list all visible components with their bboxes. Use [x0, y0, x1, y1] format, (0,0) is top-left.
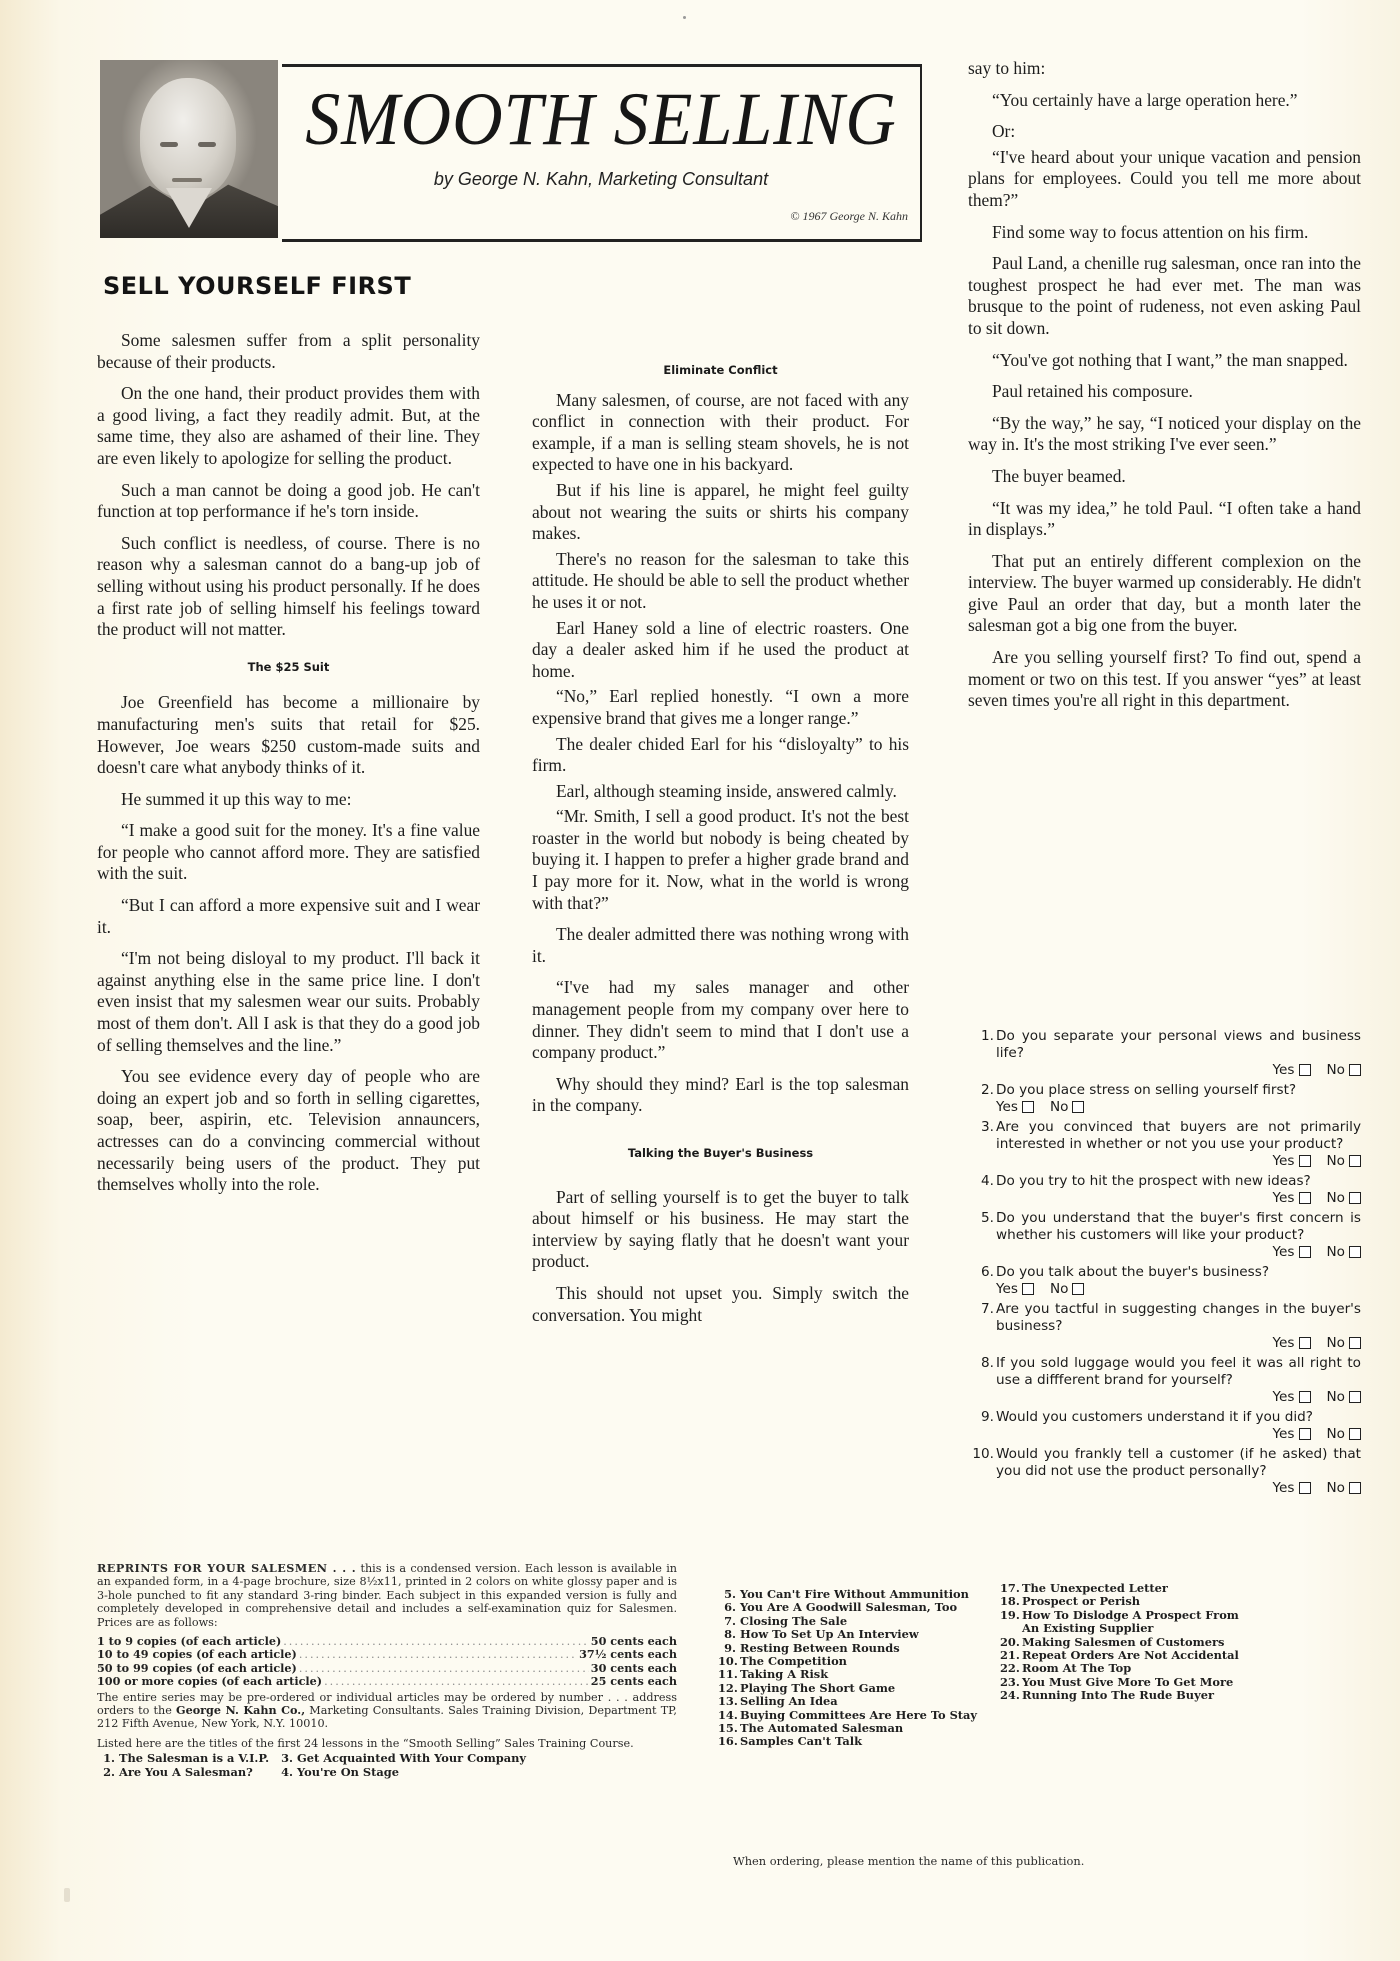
paragraph: Are you selling yourself first? To find … [968, 647, 1361, 712]
lesson-number: 2. [97, 1766, 115, 1779]
lesson-title: Selling An Idea [740, 1694, 838, 1708]
lesson-title: You Are A Goodwill Salesman, Too [740, 1600, 957, 1614]
yes-option[interactable]: Yes [1273, 1244, 1311, 1261]
question-text: Do you place stress on selling yourself … [996, 1082, 1296, 1098]
lesson-item: 6.You Are A Goodwill Salesman, Too [718, 1601, 988, 1614]
subheading-talking-buyers-business: Talking the Buyer's Business [532, 1143, 909, 1165]
lesson-number: 12. [718, 1682, 736, 1695]
lesson-title: How To Dislodge A Prospect From An Exist… [1022, 1608, 1239, 1635]
price-value: 25 cents each [591, 1675, 677, 1688]
article-column-3: say to him: “You certainly have a large … [968, 58, 1361, 722]
self-test-quiz: 1.Do you separate your personal views an… [968, 1028, 1361, 1500]
question-text: Do you understand that the buyer's first… [996, 1210, 1361, 1243]
paragraph: The dealer admitted there was noth­ing w… [532, 924, 909, 967]
lesson-number: 7. [718, 1615, 736, 1628]
price-row: 100 or more copies (of each article)25 c… [97, 1675, 677, 1688]
question-text: Do you separate your personal views and … [996, 1028, 1361, 1061]
yes-checkbox[interactable] [1022, 1101, 1034, 1113]
lesson-title: Are You A Salesman? [119, 1765, 253, 1779]
lesson-title: You Can't Fire Without Ammunition [740, 1587, 969, 1601]
lesson-title: How To Set Up An Interview [740, 1627, 919, 1641]
paragraph: “By the way,” he say, “I noticed your di… [968, 413, 1361, 456]
lesson-item: 13.Selling An Idea [718, 1695, 988, 1708]
lesson-number: 11. [718, 1668, 736, 1681]
lesson-number: 23. [1000, 1676, 1018, 1689]
paragraph: Earl, although steaming inside, an­swere… [532, 781, 909, 803]
price-quantity: 10 to 49 copies (of each article) [97, 1648, 297, 1661]
lesson-title: Prospect or Perish [1022, 1594, 1140, 1608]
question-text: Would you frankly tell a customer (if he… [996, 1446, 1361, 1479]
paragraph: Paul retained his composure. [968, 381, 1361, 403]
lesson-number: 21. [1000, 1649, 1018, 1662]
subheading-25-suit: The $25 Suit [97, 657, 480, 679]
paragraph: Such conflict is needless, of course. Th… [97, 533, 480, 641]
no-checkbox[interactable] [1349, 1155, 1361, 1167]
no-label: No [1327, 1389, 1346, 1405]
no-label: No [1327, 1153, 1346, 1169]
paragraph: “You've got nothing that I want,” the ma… [968, 350, 1361, 372]
lesson-item: 14.Buying Committees Are Here To Stay [718, 1709, 988, 1722]
no-label: No [1327, 1244, 1346, 1260]
paragraph: Part of selling yourself is to get the b… [532, 1187, 909, 1273]
article-column-2: Eliminate Conflict Many salesmen, of cou… [532, 360, 909, 1336]
lesson-title: Playing The Short Game [740, 1681, 895, 1695]
answer-options: YesNo [996, 1099, 1361, 1116]
lesson-item: 20.Making Salesmen of Customers [1000, 1636, 1240, 1649]
lesson-number: 9. [718, 1642, 736, 1655]
yes-label: Yes [1273, 1426, 1295, 1442]
lesson-number: 3. [275, 1752, 293, 1765]
paragraph: “You certainly have a large opera­tion h… [968, 90, 1361, 112]
answer-options: YesNo [996, 1190, 1361, 1207]
yes-label: Yes [996, 1281, 1018, 1297]
lesson-item: 18.Prospect or Perish [1000, 1595, 1240, 1608]
no-checkbox[interactable] [1349, 1391, 1361, 1403]
paragraph: He summed it up this way to me: [97, 789, 480, 811]
answer-options: YesNo [996, 1281, 1361, 1298]
lesson-title: Room At The Top [1022, 1661, 1131, 1675]
leader-dots [299, 1648, 577, 1661]
portrait-eye [198, 142, 216, 147]
yes-checkbox[interactable] [1299, 1428, 1311, 1440]
lesson-title: Making Salesmen of Customers [1022, 1635, 1224, 1649]
lesson-number: 13. [718, 1695, 736, 1708]
question-number: 5. [968, 1210, 994, 1227]
lesson-title: The Competition [740, 1654, 847, 1668]
price-value: 37½ cents each [579, 1648, 677, 1661]
lesson-item: 7.Closing The Sale [718, 1615, 988, 1628]
question-text: Are you tactful in suggesting changes in… [996, 1301, 1361, 1334]
price-value: 50 cents each [591, 1635, 677, 1648]
lesson-title: The Salesman is a V.I.P. [119, 1751, 269, 1765]
reprints-section: REPRINTS FOR YOUR SALESMEN . . . this is… [97, 1562, 677, 1779]
answer-options: YesNo [996, 1062, 1361, 1079]
lesson-number: 19. [1000, 1609, 1018, 1622]
no-option[interactable]: No [1327, 1244, 1362, 1261]
lesson-number: 10. [718, 1655, 736, 1668]
paragraph: This should not upset you. Simply switch… [532, 1283, 909, 1326]
yes-checkbox[interactable] [1299, 1155, 1311, 1167]
yes-label: Yes [1273, 1153, 1295, 1169]
no-label: No [1327, 1480, 1346, 1496]
yes-label: Yes [1273, 1389, 1295, 1405]
no-checkbox[interactable] [1349, 1192, 1361, 1204]
no-label: No [1327, 1062, 1346, 1078]
price-row: 50 to 99 copies (of each article)30 cent… [97, 1662, 677, 1675]
yes-checkbox[interactable] [1299, 1192, 1311, 1204]
answer-options: YesNo [996, 1244, 1361, 1261]
portrait-mouth [172, 178, 202, 182]
no-option[interactable]: No [1327, 1389, 1362, 1406]
price-quantity: 100 or more copies (of each article) [97, 1675, 322, 1688]
quiz-question: 9.Would you customers understand it if y… [968, 1409, 1361, 1443]
yes-option[interactable]: Yes [1273, 1062, 1311, 1079]
yes-checkbox[interactable] [1299, 1391, 1311, 1403]
lessons-list-5-16: 5.You Can't Fire Without Ammunition6.You… [718, 1588, 988, 1749]
question-number: 9. [968, 1409, 994, 1426]
print-speck [683, 16, 686, 19]
yes-label: Yes [1273, 1190, 1295, 1206]
yes-checkbox[interactable] [1299, 1064, 1311, 1076]
paragraph: “I'm not being disloyal to my prod­uct. … [97, 948, 480, 1056]
lesson-number: 16. [718, 1735, 736, 1748]
lesson-number: 5. [718, 1588, 736, 1601]
lesson-title: Closing The Sale [740, 1614, 847, 1628]
lesson-item: 4.You're On Stage [275, 1766, 677, 1779]
leader-dots [324, 1675, 589, 1688]
copyright-notice: © 1967 George N. Kahn [790, 209, 908, 224]
lesson-number: 24. [1000, 1689, 1018, 1702]
no-checkbox[interactable] [1072, 1101, 1084, 1113]
price-list: 1 to 9 copies (of each article)50 cents … [97, 1635, 677, 1689]
no-option[interactable]: No [1050, 1281, 1085, 1298]
paragraph: Earl Haney sold a line of electric roast… [532, 618, 909, 683]
quiz-question: 4.Do you try to hit the prospect with ne… [968, 1173, 1361, 1207]
no-checkbox[interactable] [1072, 1283, 1084, 1295]
no-label: No [1327, 1190, 1346, 1206]
paragraph: “I've heard about your unique vaca­tion … [968, 147, 1361, 212]
question-number: 3. [968, 1119, 994, 1136]
question-number: 6. [968, 1264, 994, 1281]
yes-option[interactable]: Yes [1273, 1190, 1311, 1207]
question-number: 10. [968, 1446, 994, 1463]
yes-label: Yes [1273, 1480, 1295, 1496]
quiz-question: 1.Do you separate your personal views an… [968, 1028, 1361, 1079]
lesson-item: 12.Playing The Short Game [718, 1682, 988, 1695]
lesson-item: 19.How To Dislodge A Prospect From An Ex… [1000, 1609, 1240, 1636]
no-option[interactable]: No [1327, 1426, 1362, 1443]
no-option[interactable]: No [1327, 1335, 1362, 1352]
yes-option[interactable]: Yes [996, 1099, 1034, 1116]
answer-options: YesNo [996, 1335, 1361, 1352]
paragraph: Some salesmen suffer from a split person… [97, 330, 480, 373]
no-checkbox[interactable] [1349, 1428, 1361, 1440]
paragraph: “No,” Earl replied honestly. “I own a mo… [532, 686, 909, 729]
lesson-title: Repeat Orders Are Not Accidental [1022, 1648, 1239, 1662]
paragraph: Joe Greenfield has become a mil­lionaire… [97, 692, 480, 778]
yes-label: Yes [996, 1099, 1018, 1115]
yes-checkbox[interactable] [1299, 1337, 1311, 1349]
question-number: 1. [968, 1028, 994, 1045]
question-number: 4. [968, 1173, 994, 1190]
lesson-item: 9.Resting Between Rounds [718, 1642, 988, 1655]
no-checkbox[interactable] [1349, 1064, 1361, 1076]
lesson-title: Running Into The Rude Buyer [1022, 1688, 1214, 1702]
leader-dots [299, 1662, 589, 1675]
lesson-number: 4. [275, 1766, 293, 1779]
order-company: George N. Kahn Co., [176, 1703, 305, 1717]
paragraph: You see evidence every day of people who… [97, 1066, 480, 1196]
paragraph: Find some way to focus attention on his … [968, 222, 1361, 244]
lesson-title: Resting Between Rounds [740, 1641, 900, 1655]
no-label: No [1050, 1099, 1069, 1115]
yes-label: Yes [1273, 1062, 1295, 1078]
lesson-title: Taking A Risk [740, 1667, 828, 1681]
paragraph: Such a man cannot be doing a good job. H… [97, 480, 480, 523]
lesson-title: Buying Committees Are Here To Stay [740, 1708, 977, 1722]
price-quantity: 1 to 9 copies (of each article) [97, 1635, 281, 1648]
yes-option[interactable]: Yes [1273, 1389, 1311, 1406]
leader-dots [283, 1635, 589, 1648]
lesson-item: 2.Are You A Salesman? [97, 1766, 275, 1779]
lesson-item: 23.You Must Give More To Get More [1000, 1676, 1240, 1689]
price-quantity: 50 to 99 copies (of each article) [97, 1662, 297, 1675]
no-option[interactable]: No [1327, 1062, 1362, 1079]
price-row: 1 to 9 copies (of each article)50 cents … [97, 1635, 677, 1648]
masthead: SMOOTH SELLING by George N. Kahn, Market… [282, 64, 922, 242]
paragraph: “It was my idea,” he told Paul. “I often… [968, 498, 1361, 541]
paragraph: That put an entirely different com­plexi… [968, 551, 1361, 637]
quiz-question: 3.Are you convinced that buyers are not … [968, 1119, 1361, 1170]
no-option[interactable]: No [1327, 1190, 1362, 1207]
yes-label: Yes [1273, 1244, 1295, 1260]
paragraph: Paul Land, a chenille rug salesman, once… [968, 253, 1361, 339]
question-text: If you sold luggage would you feel it wa… [996, 1355, 1361, 1388]
yes-option[interactable]: Yes [996, 1281, 1034, 1298]
yes-option[interactable]: Yes [1273, 1480, 1311, 1497]
lesson-number: 6. [718, 1601, 736, 1614]
question-text: Do you talk about the buyer's business? [996, 1264, 1269, 1280]
ordering-note: When ordering, please mention the name o… [733, 1854, 1084, 1868]
lesson-number: 15. [718, 1722, 736, 1735]
yes-checkbox[interactable] [1022, 1283, 1034, 1295]
lesson-number: 22. [1000, 1662, 1018, 1675]
paragraph: Why should they mind? Earl is the top sa… [532, 1074, 909, 1117]
lesson-number: 17. [1000, 1582, 1018, 1595]
quiz-question: 5.Do you understand that the buyer's fir… [968, 1210, 1361, 1261]
no-option[interactable]: No [1327, 1153, 1362, 1170]
series-title: SMOOTH SELLING [282, 82, 920, 158]
lesson-item: 5.You Can't Fire Without Ammunition [718, 1588, 988, 1601]
article-title: SELL YOURSELF FIRST [103, 272, 411, 300]
article-column-1: Some salesmen suffer from a split person… [97, 330, 480, 1206]
no-checkbox[interactable] [1349, 1482, 1361, 1494]
no-label: No [1327, 1335, 1346, 1351]
question-text: Would you customers understand it if you… [996, 1409, 1313, 1425]
byline: by George N. Kahn, Marketing Consultant [282, 169, 920, 190]
question-number: 7. [968, 1301, 994, 1318]
paragraph: There's no reason for the salesman to ta… [532, 549, 909, 614]
yes-label: Yes [1273, 1335, 1295, 1351]
no-checkbox[interactable] [1349, 1246, 1361, 1258]
paragraph: Many salesmen, of course, are not faced … [532, 390, 909, 476]
lesson-number: 8. [718, 1628, 736, 1641]
yes-checkbox[interactable] [1299, 1246, 1311, 1258]
yes-option[interactable]: Yes [1273, 1426, 1311, 1443]
portrait-eye [160, 142, 178, 147]
lesson-item: 21.Repeat Orders Are Not Accidental [1000, 1649, 1240, 1662]
answer-options: YesNo [996, 1426, 1361, 1443]
lesson-item: 11.Taking A Risk [718, 1668, 988, 1681]
lesson-title: You're On Stage [297, 1765, 399, 1779]
paragraph: “I make a good suit for the money. It's … [97, 820, 480, 885]
no-label: No [1327, 1426, 1346, 1442]
quiz-question: 6.Do you talk about the buyer's business… [968, 1264, 1361, 1298]
lesson-title: The Unexpected Letter [1022, 1581, 1168, 1595]
yes-checkbox[interactable] [1299, 1482, 1311, 1494]
quiz-question: 2.Do you place stress on selling yoursel… [968, 1082, 1361, 1116]
answer-options: YesNo [996, 1389, 1361, 1406]
question-text: Do you try to hit the prospect with new … [996, 1173, 1311, 1189]
lesson-item: 24.Running Into The Rude Buyer [1000, 1689, 1240, 1702]
price-value: 30 cents each [591, 1662, 677, 1675]
paragraph: “I've had my sales manager and other man… [532, 977, 909, 1063]
lessons-intro: Listed here are the titles of the first … [97, 1737, 677, 1750]
quiz-question: 10.Would you frankly tell a customer (if… [968, 1446, 1361, 1497]
no-label: No [1050, 1281, 1069, 1297]
lesson-number: 18. [1000, 1595, 1018, 1608]
reprints-heading: REPRINTS FOR YOUR SALESMEN . . . [97, 1561, 356, 1575]
lesson-item: 3.Get Acquainted With Your Company [275, 1752, 677, 1765]
quiz-question: 8.If you sold luggage would you feel it … [968, 1355, 1361, 1406]
lesson-title: Samples Can't Talk [740, 1734, 862, 1748]
lesson-number: 20. [1000, 1636, 1018, 1649]
answer-options: YesNo [996, 1153, 1361, 1170]
price-row: 10 to 49 copies (of each article)37½ cen… [97, 1648, 677, 1661]
lesson-item: 16.Samples Can't Talk [718, 1735, 988, 1748]
paragraph: The buyer beamed. [968, 466, 1361, 488]
lesson-item: 1.The Salesman is a V.I.P. [97, 1752, 275, 1765]
paragraph: But if his line is apparel, he might fee… [532, 480, 909, 545]
question-text: Are you convinced that buyers are not pr… [996, 1119, 1361, 1152]
yes-option[interactable]: Yes [1273, 1153, 1311, 1170]
paragraph: “But I can afford a more expensive suit … [97, 895, 480, 938]
lesson-item: 22.Room At The Top [1000, 1662, 1240, 1675]
subheading-eliminate-conflict: Eliminate Conflict [532, 360, 909, 382]
no-option[interactable]: No [1050, 1099, 1085, 1116]
print-smudge [64, 1888, 70, 1902]
lessons-list-1-4: 1.The Salesman is a V.I.P.3.Get Acquaint… [97, 1752, 677, 1779]
lesson-number: 14. [718, 1709, 736, 1722]
lesson-item: 17.The Unexpected Letter [1000, 1582, 1240, 1595]
lessons-list-17-24: 17.The Unexpected Letter18.Prospect or P… [1000, 1582, 1240, 1703]
no-option[interactable]: No [1327, 1480, 1362, 1497]
paragraph: “Mr. Smith, I sell a good product. It's … [532, 806, 909, 914]
lesson-number: 1. [97, 1752, 115, 1765]
no-checkbox[interactable] [1349, 1337, 1361, 1349]
lesson-item: 8.How To Set Up An Interview [718, 1628, 988, 1641]
lesson-title: Get Acquainted With Your Company [297, 1751, 526, 1765]
paragraph: say to him: [968, 58, 1361, 80]
lesson-item: 10.The Competition [718, 1655, 988, 1668]
question-number: 2. [968, 1082, 994, 1099]
answer-options: YesNo [996, 1480, 1361, 1497]
paragraph: On the one hand, their product provides … [97, 383, 480, 469]
paragraph: Or: [968, 121, 1361, 143]
lesson-title: The Automated Salesman [740, 1721, 903, 1735]
lesson-title: You Must Give More To Get More [1022, 1675, 1233, 1689]
quiz-question: 7.Are you tactful in suggesting changes … [968, 1301, 1361, 1352]
author-portrait [100, 60, 278, 238]
yes-option[interactable]: Yes [1273, 1335, 1311, 1352]
paragraph: The dealer chided Earl for his “dis­loya… [532, 734, 909, 777]
lesson-item: 15.The Automated Salesman [718, 1722, 988, 1735]
question-number: 8. [968, 1355, 994, 1372]
